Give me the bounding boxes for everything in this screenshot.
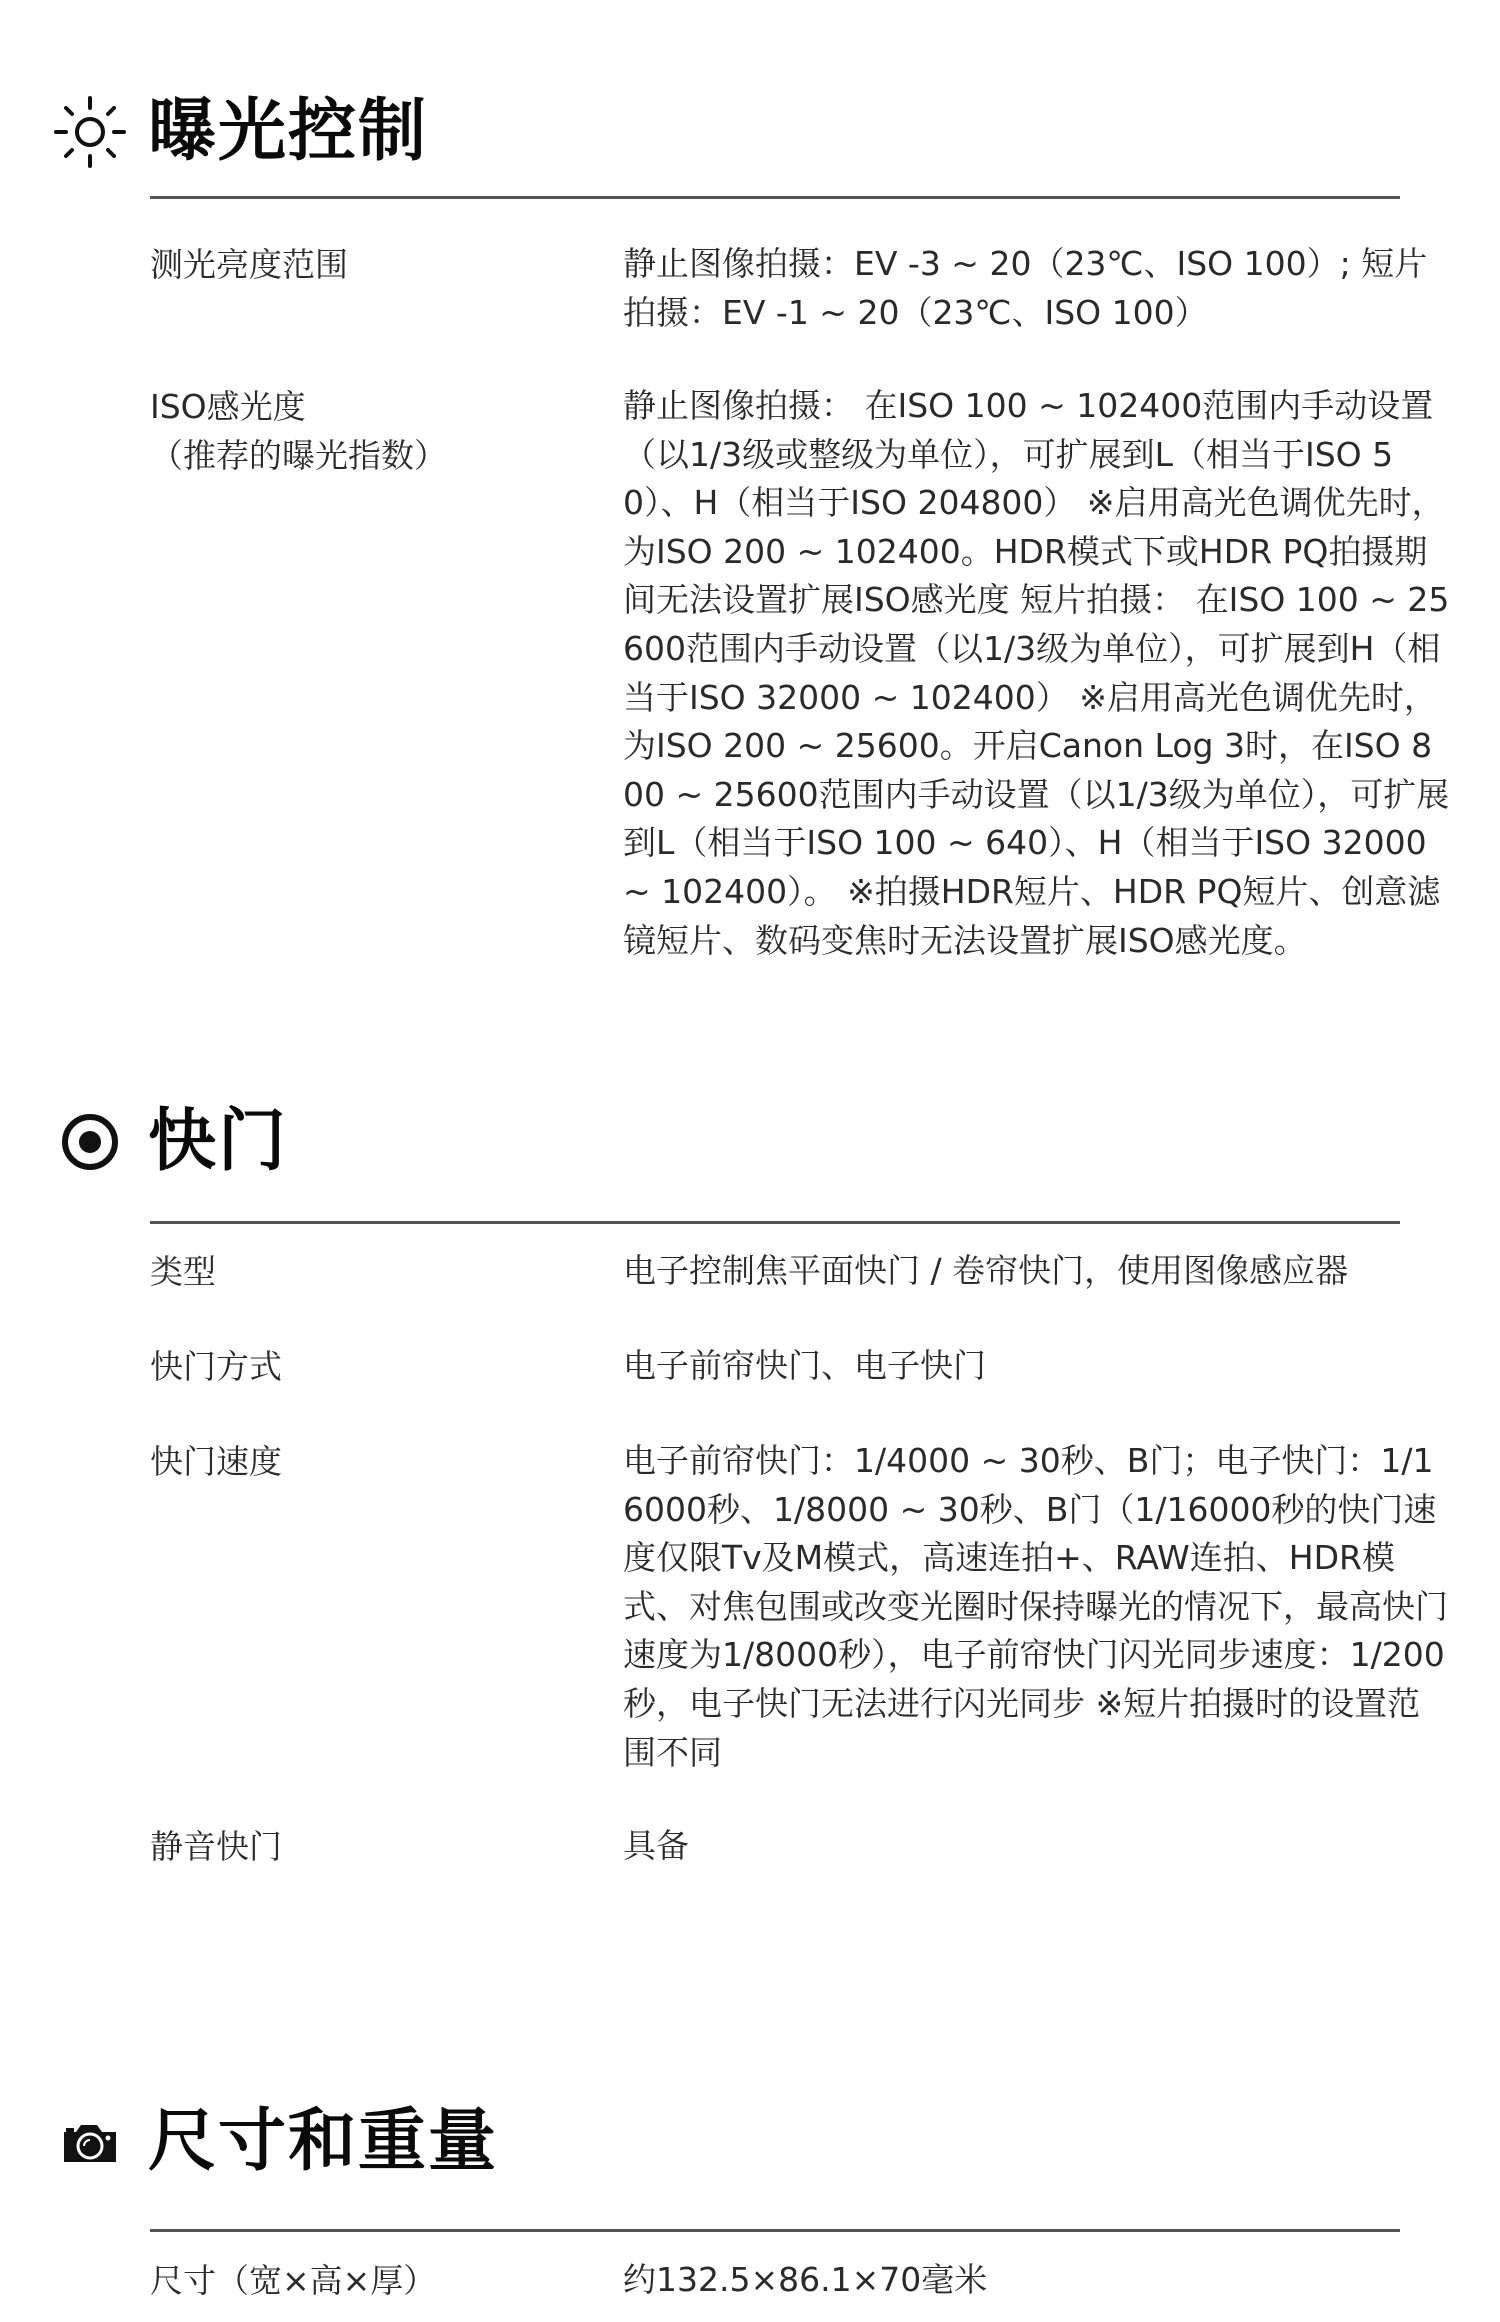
camera-icon	[48, 2100, 132, 2184]
spec-label: 快门速度	[150, 1437, 590, 1486]
spec-label: 静音快门	[150, 1822, 590, 1871]
shutter-icon	[48, 1100, 132, 1184]
spec-value: 约132.5×86.1×70毫米	[623, 2256, 1453, 2305]
spec-value: 电子前帘快门、电子快门	[623, 1342, 1453, 1391]
section-title-dimensions: 尺寸和重量	[148, 2100, 498, 2184]
spec-value: 电子前帘快门：1/4000 ~ 30秒、B门；电子快门：1/16000秒、1/8…	[623, 1437, 1453, 1777]
sun-icon	[48, 90, 132, 174]
spec-label: ISO感光度 （推荐的曝光指数）	[150, 382, 590, 480]
spec-label: 快门方式	[150, 1342, 590, 1391]
spec-label: 类型	[150, 1247, 590, 1296]
spec-value: 静止图像拍摄： 在ISO 100 ~ 102400范围内手动设置（以1/3级或整…	[623, 382, 1453, 965]
section-divider	[150, 196, 1400, 199]
section-title-exposure: 曝光控制	[148, 90, 428, 174]
spec-value: 具备	[623, 1822, 1453, 1871]
spec-value: 电子控制焦平面快门 / 卷帘快门，使用图像感应器	[623, 1247, 1453, 1296]
spec-label: 尺寸（宽×高×厚）	[150, 2256, 590, 2305]
section-divider	[150, 2229, 1400, 2232]
spec-value: 静止图像拍摄：EV -3 ~ 20（23℃、ISO 100）; 短片拍摄：EV …	[623, 240, 1453, 337]
section-title-shutter: 快门	[148, 1100, 288, 1184]
section-divider	[150, 1221, 1400, 1224]
spec-label: 测光亮度范围	[150, 240, 590, 289]
